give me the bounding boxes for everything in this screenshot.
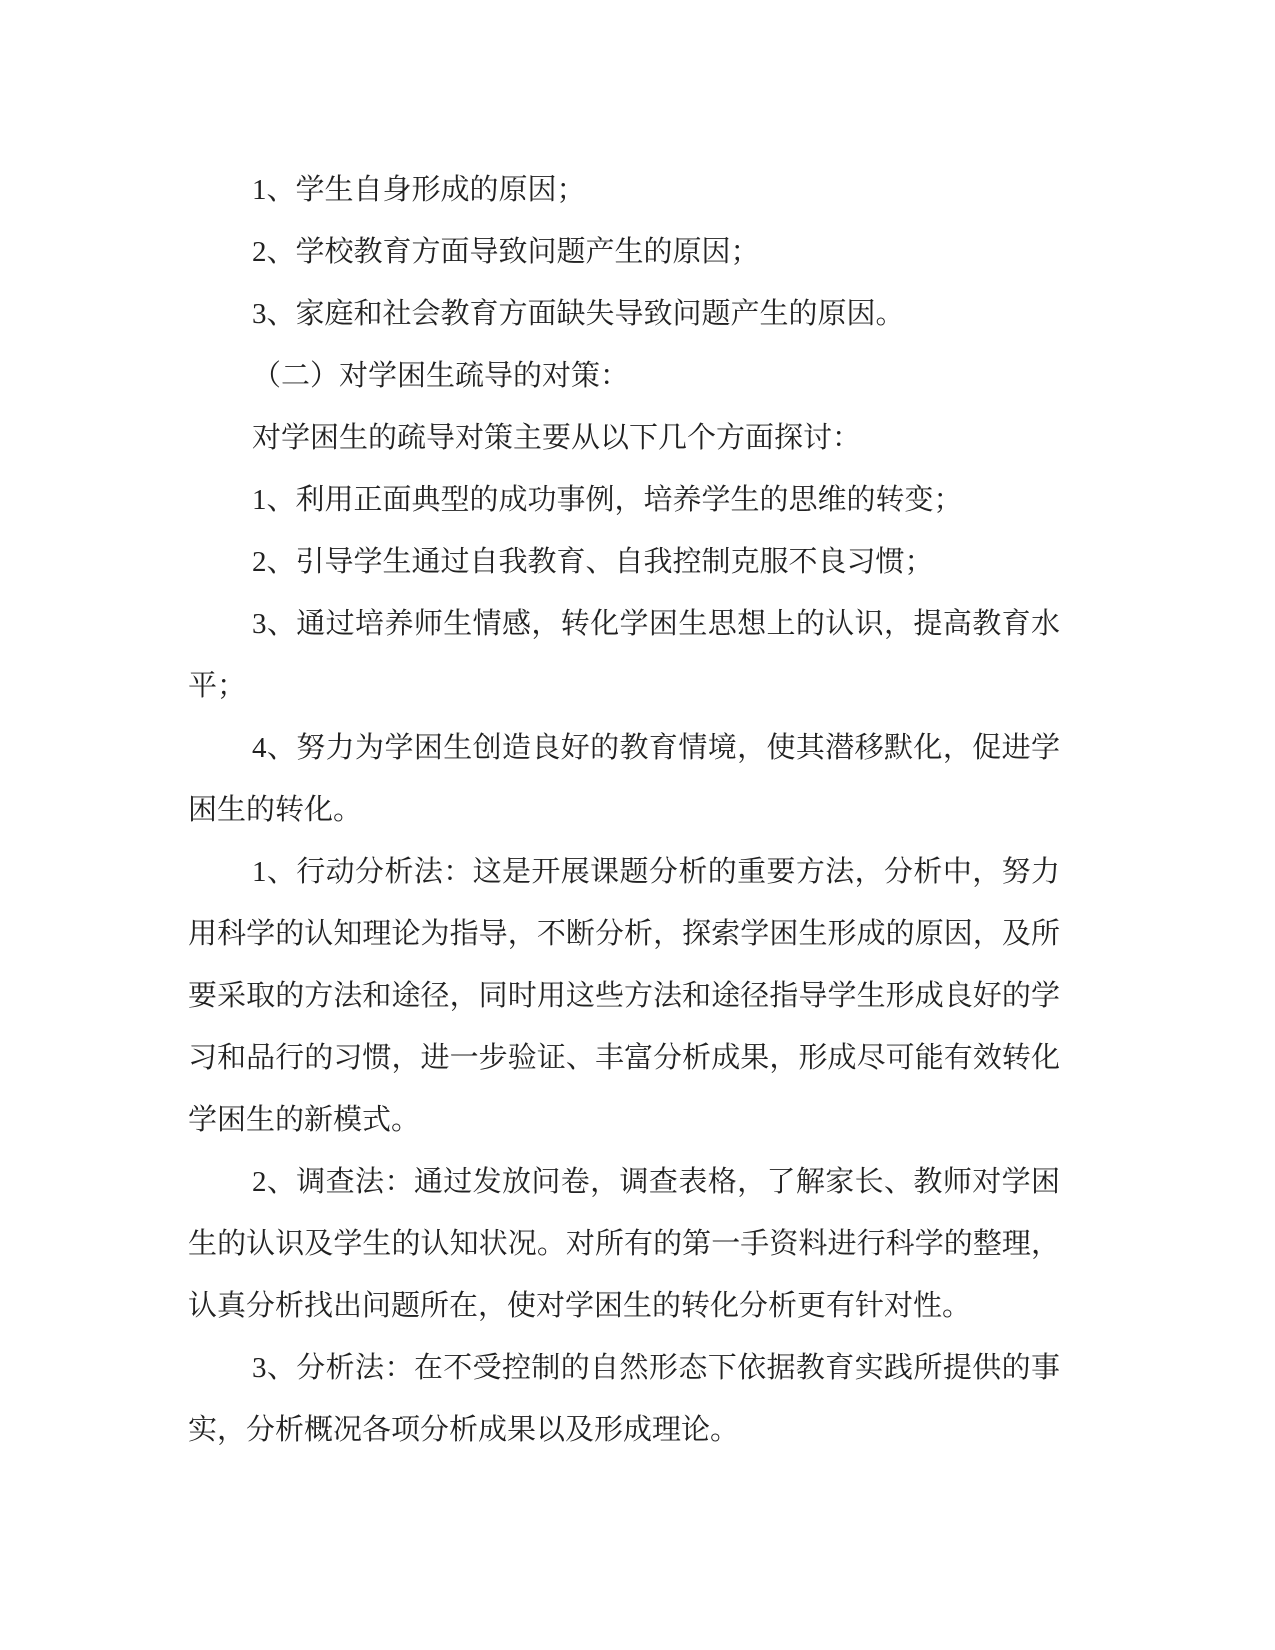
document-page: 1、学生自身形成的原因； 2、学校教育方面导致问题产生的原因； 3、家庭和社会教…: [0, 0, 1275, 1650]
section-intro: 对学困生的疏导对策主要从以下几个方面探讨：: [188, 407, 1060, 469]
cause-item-1: 1、学生自身形成的原因；: [188, 159, 1060, 221]
strategy-item-2: 2、引导学生通过自我教育、自我控制克服不良习惯；: [188, 531, 1060, 593]
method-item-3: 3、分析法：在不受控制的自然形态下依据教育实践所提供的事实，分析概况各项分析成果…: [188, 1337, 1060, 1461]
strategy-item-3: 3、通过培养师生情感，转化学困生思想上的认识，提高教育水平；: [188, 593, 1060, 717]
cause-item-2: 2、学校教育方面导致问题产生的原因；: [188, 221, 1060, 283]
strategy-item-1: 1、利用正面典型的成功事例，培养学生的思维的转变；: [188, 469, 1060, 531]
method-item-2: 2、调查法：通过发放问卷，调查表格，了解家长、教师对学困生的认识及学生的认知状况…: [188, 1151, 1060, 1337]
section-heading: （二）对学困生疏导的对策：: [188, 345, 1060, 407]
document-body-text: 1、学生自身形成的原因； 2、学校教育方面导致问题产生的原因； 3、家庭和社会教…: [188, 159, 1060, 1461]
strategy-item-4: 4、努力为学困生创造良好的教育情境，使其潜移默化，促进学困生的转化。: [188, 717, 1060, 841]
cause-item-3: 3、家庭和社会教育方面缺失导致问题产生的原因。: [188, 283, 1060, 345]
method-item-1: 1、行动分析法：这是开展课题分析的重要方法，分析中，努力用科学的认知理论为指导，…: [188, 841, 1060, 1151]
